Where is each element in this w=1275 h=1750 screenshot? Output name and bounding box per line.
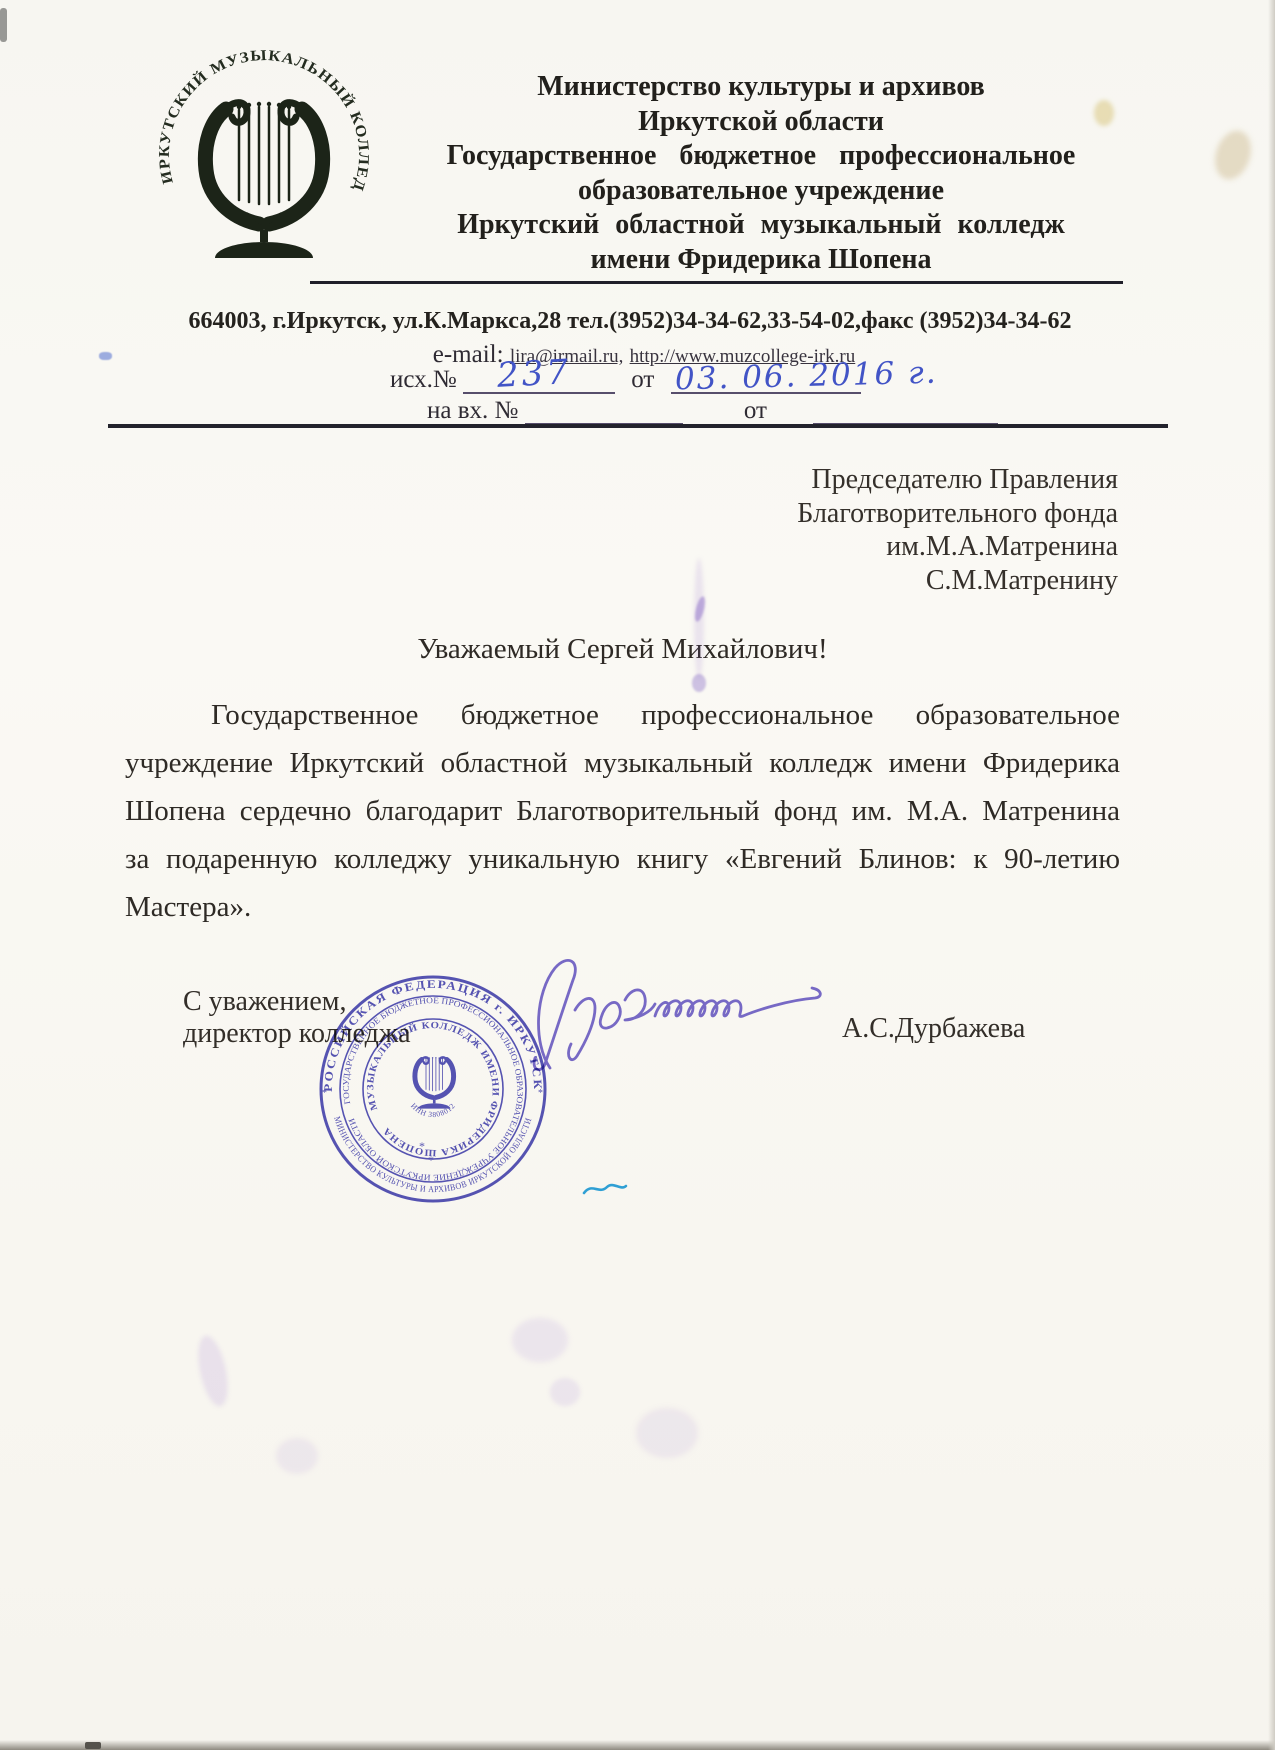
incoming-ref-row: на вх. № от: [105, 397, 1275, 425]
college-logo: ИРКУТСКИЙ МУЗЫКАЛЬНЫЙ КОЛЛЕДЖ ИМ. Ф.ШОПЕ…: [138, 50, 390, 282]
ink-smudge: [276, 1438, 318, 1474]
ink-smudge: [692, 674, 706, 692]
stamp-lyre-icon: [415, 1057, 454, 1109]
scan-edge-speck: [0, 8, 7, 42]
lyre-base: [215, 242, 313, 258]
outgoing-date-handwritten: 03. 06. 2016 г.: [674, 355, 937, 398]
scan-bottom-edge: [0, 1740, 1275, 1750]
body-line: Шопена сердечно благодарит Благотворител…: [125, 787, 1120, 835]
outgoing-number-handwritten: 237: [496, 352, 572, 396]
outgoing-ref-row: исх.№ 237 от 03. 06. 2016 г.: [105, 366, 1275, 394]
incoming-number-line: [525, 397, 683, 425]
recipient-line: им.М.А.Матренина: [797, 530, 1118, 564]
paper-stain: [1209, 126, 1257, 184]
recipient-line: Благотворительного фонда: [797, 497, 1118, 531]
letterhead: Министерство культуры и архивов Иркутско…: [400, 70, 1122, 277]
letterhead-underline: [310, 281, 1123, 284]
body-line: Государственное бюджетное профессиональн…: [125, 691, 1120, 739]
outgoing-number-line: 237: [463, 366, 615, 394]
letterhead-line: образовательное учреждение: [400, 174, 1122, 209]
scan-edge-speck: [85, 1742, 101, 1749]
ink-smudge: [512, 1318, 568, 1362]
scan-right-edge: [1268, 0, 1275, 1750]
letterhead-line: Министерство культуры и архивов: [400, 70, 1122, 105]
outgoing-label: исх.№: [390, 366, 457, 393]
signer-name: А.С.Дурбажева: [842, 1013, 1025, 1045]
blue-pen-mark: [99, 352, 112, 360]
paper-stain: [1094, 100, 1114, 126]
recipient-block: Председателю Правления Благотворительног…: [797, 463, 1118, 597]
ink-smudge: [193, 1333, 233, 1409]
director-signature: [505, 948, 835, 1078]
incoming-label: на вх. №: [427, 397, 518, 424]
address-line: 664003, г.Иркутск, ул.К.Маркса,28 тел.(3…: [100, 308, 1160, 335]
recipient-line: С.М.Матренину: [797, 564, 1118, 598]
email-label: e-mail:: [433, 341, 504, 368]
teal-pen-scribble: [582, 1180, 628, 1200]
body-line: за подаренную колледжу уникальную книгу …: [125, 835, 1120, 883]
scanned-letter-page: ИРКУТСКИЙ МУЗЫКАЛЬНЫЙ КОЛЛЕДЖ ИМ. Ф.ШОПЕ…: [0, 0, 1275, 1750]
ot-label: от: [744, 397, 767, 424]
incoming-date-line: [813, 397, 998, 425]
body-line: Мастера».: [125, 883, 1120, 931]
recipient-line: Председателю Правления: [797, 463, 1118, 497]
letterhead-line: Государственное бюджетное профессиональн…: [400, 139, 1122, 174]
body-line: учреждение Иркутский областной музыкальн…: [125, 739, 1120, 787]
stamp-star: *: [322, 1088, 327, 1099]
ot-label: от: [631, 366, 654, 393]
letter-body: Государственное бюджетное профессиональн…: [125, 691, 1120, 931]
salutation: Уважаемый Сергей Михайлович!: [125, 633, 1120, 666]
stamp-star: *: [419, 1139, 425, 1153]
stamp-star: *: [428, 1153, 434, 1167]
stamp-star: *: [538, 1088, 543, 1099]
header-divider-rule: [108, 424, 1168, 428]
email-row: e-mail: lira@irmail.ru, http://www.muzco…: [114, 341, 1174, 369]
outgoing-date-line: 03. 06. 2016 г.: [671, 366, 861, 394]
letterhead-line: имени Фридерика Шопена: [400, 243, 1122, 278]
letterhead-line: Иркутской области: [400, 105, 1122, 140]
lyre-right-arm: [269, 109, 323, 224]
ink-smudge: [550, 1378, 580, 1406]
letterhead-line: Иркутский областной музыкальный колледж: [400, 208, 1122, 243]
logo-circle-text: ИРКУТСКИЙ МУЗЫКАЛЬНЫЙ КОЛЛЕДЖ ИМ. Ф.ШОПЕ…: [138, 50, 371, 193]
lyre-left-arm: [205, 109, 259, 224]
ink-smudge: [636, 1408, 698, 1458]
